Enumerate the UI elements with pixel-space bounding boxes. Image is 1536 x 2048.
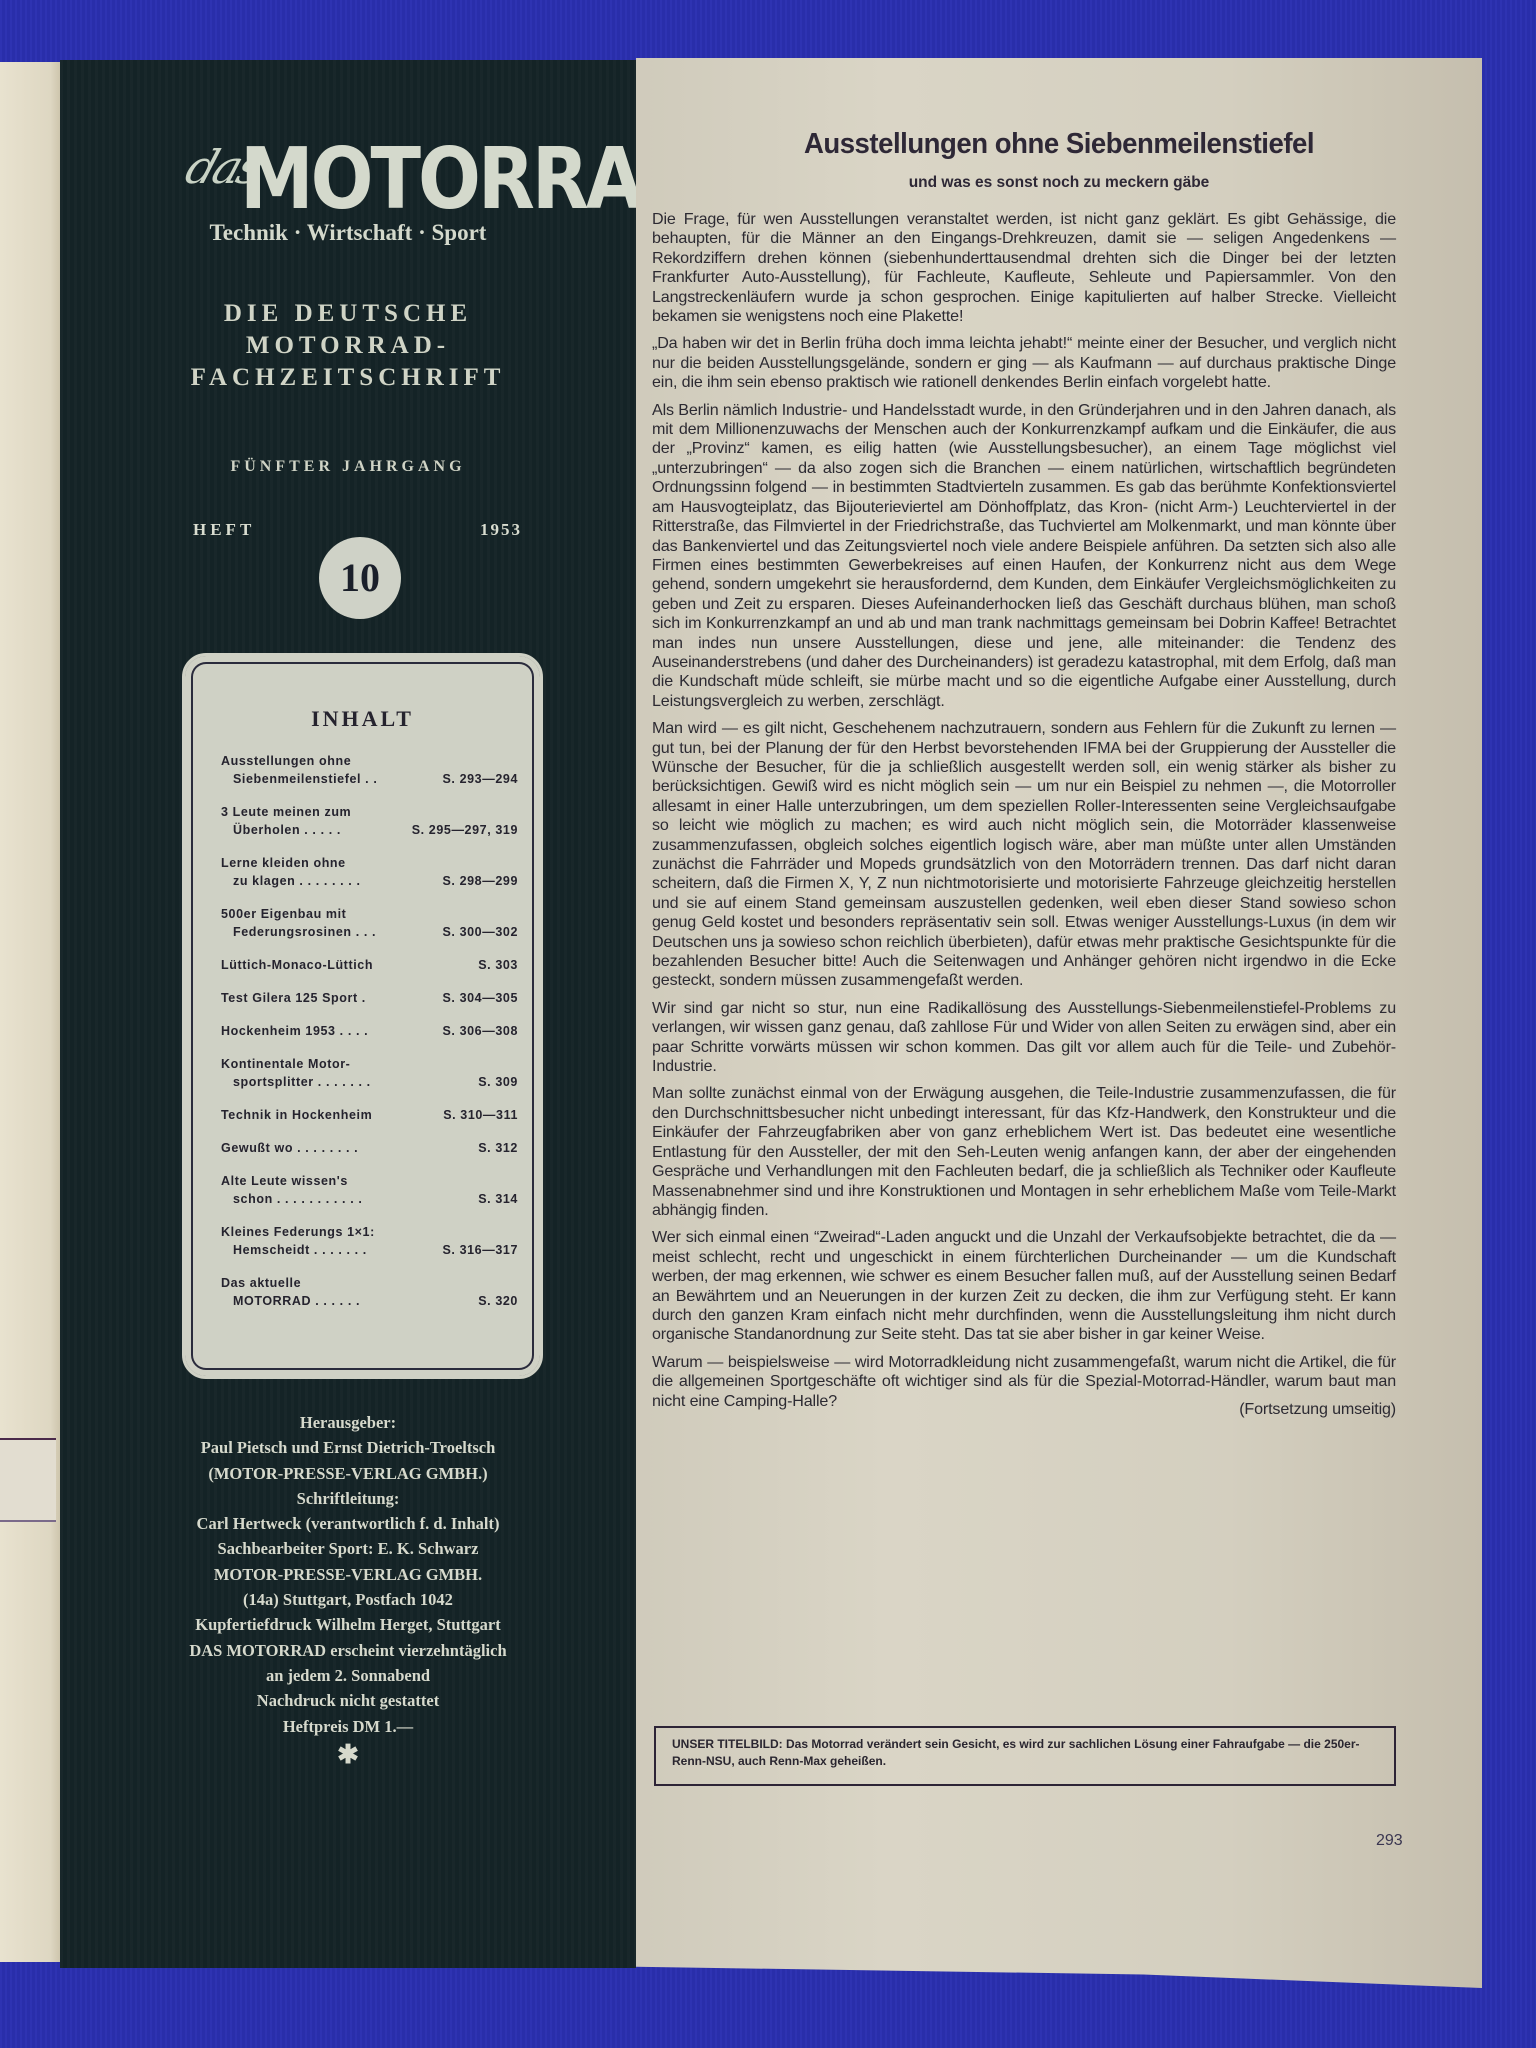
imprint-line: Kupfertiefdruck Wilhelm Herget, Stuttgar… [60, 1612, 636, 1637]
subtitle-line: DIE DEUTSCHE [60, 298, 636, 330]
article-paragraph: Die Frage, für wen Ausstellungen veranst… [652, 210, 1396, 326]
imprint-line: Sachbearbeiter Sport: E. K. Schwarz [60, 1536, 636, 1561]
article-subtitle: und was es sonst noch zu meckern gäbe [636, 174, 1482, 192]
issue-number-badge: 10 [319, 537, 401, 619]
article-paragraph: Als Berlin nämlich Industrie- und Handel… [652, 401, 1396, 712]
toc-item: Alte Leute wissen'sschon . . . . . . . .… [221, 1172, 518, 1208]
toc-item: Ausstellungen ohneSiebenmeilenstiefel . … [221, 752, 518, 788]
toc-item: Technik in HockenheimS. 310—311 [221, 1106, 518, 1124]
imprint-line: Heftpreis DM 1.— [60, 1714, 636, 1739]
imprint: Herausgeber:Paul Pietsch und Ernst Dietr… [60, 1410, 636, 1739]
article-page: Ausstellungen ohne Siebenmeilenstiefel u… [636, 58, 1482, 1988]
imprint-line: (MOTOR-PRESSE-VERLAG GMBH.) [60, 1461, 636, 1486]
page-tab [0, 1438, 56, 1522]
imprint-line: DAS MOTORRAD erscheint vierzehntäglich [60, 1638, 636, 1663]
article-paragraph: Man sollte zunächst einmal von der Erwäg… [652, 1084, 1396, 1220]
tagline: Technik · Wirtschaft · Sport [60, 220, 636, 246]
toc-item: Lüttich-Monaco-LüttichS. 303 [221, 956, 518, 974]
page-number: 293 [1376, 1832, 1403, 1850]
imprint-line: Schriftleitung: [60, 1486, 636, 1511]
toc-item: Test Gilera 125 Sport .S. 304—305 [221, 989, 518, 1007]
subtitle-line: MOTORRAD- [60, 330, 636, 362]
logo-title: MOTORRAD [240, 130, 699, 229]
cover-caption: UNSER TITELBILD: Das Motorrad verändert … [654, 1726, 1396, 1786]
toc-item: 500er Eigenbau mitFederungsrosinen . . .… [221, 905, 518, 941]
toc-title: INHALT [185, 706, 540, 732]
caption-label: UNSER TITELBILD: [672, 1737, 783, 1751]
toc-item: Kontinentale Motor-sportsplitter . . . .… [221, 1055, 518, 1091]
issue-year: 1953 [480, 520, 522, 540]
imprint-line: Carl Hertweck (verantwortlich f. d. Inha… [60, 1511, 636, 1536]
article-paragraph: Wer sich einmal einen “Zweirad“-Laden an… [652, 1228, 1396, 1344]
magazine-logo: das MOTORRAD [60, 130, 636, 220]
article-body: Die Frage, für wen Ausstellungen veranst… [652, 210, 1396, 1419]
volume-label: FÜNFTER JAHRGANG [60, 458, 636, 476]
toc-item: Hockenheim 1953 . . . .S. 306—308 [221, 1022, 518, 1040]
imprint-line: Nachdruck nicht gestattet [60, 1688, 636, 1713]
imprint-line: Herausgeber: [60, 1410, 636, 1435]
issue-label: HEFT [193, 520, 255, 540]
cover-panel: das MOTORRAD Technik · Wirtschaft · Spor… [60, 60, 636, 1968]
imprint-line: MOTOR-PRESSE-VERLAG GMBH. [60, 1562, 636, 1587]
article-paragraph: Wir sind gar nicht so stur, nun eine Rad… [652, 999, 1396, 1077]
toc-item: Lerne kleiden ohnezu klagen . . . . . . … [221, 854, 518, 890]
imprint-line: Paul Pietsch und Ernst Dietrich-Troeltsc… [60, 1435, 636, 1460]
subtitle-line: FACHZEITSCHRIFT [60, 362, 636, 394]
toc-item: Kleines Federungs 1×1:Hemscheidt . . . .… [221, 1223, 518, 1259]
imprint-line: an jedem 2. Sonnabend [60, 1663, 636, 1688]
toc-list: Ausstellungen ohneSiebenmeilenstiefel . … [221, 752, 518, 1310]
imprint-line: (14a) Stuttgart, Postfach 1042 [60, 1587, 636, 1612]
toc-item: Gewußt wo . . . . . . . .S. 312 [221, 1139, 518, 1157]
article-title: Ausstellungen ohne Siebenmeilenstiefel [657, 128, 1461, 161]
toc-item: Das aktuelleMOTORRAD . . . . . .S. 320 [221, 1274, 518, 1310]
table-of-contents: INHALT Ausstellungen ohneSiebenmeilensti… [182, 653, 543, 1379]
asterisk-icon: ✱ [60, 1740, 636, 1770]
magazine-subtitle: DIE DEUTSCHE MOTORRAD- FACHZEITSCHRIFT [60, 298, 636, 394]
article-paragraph: „Da haben wir det in Berlin früha doch i… [652, 334, 1396, 392]
article-paragraph: Man wird — es gilt nicht, Geschehenem na… [652, 719, 1396, 991]
toc-item: 3 Leute meinen zumÜberholen . . . . .S. … [221, 803, 518, 839]
